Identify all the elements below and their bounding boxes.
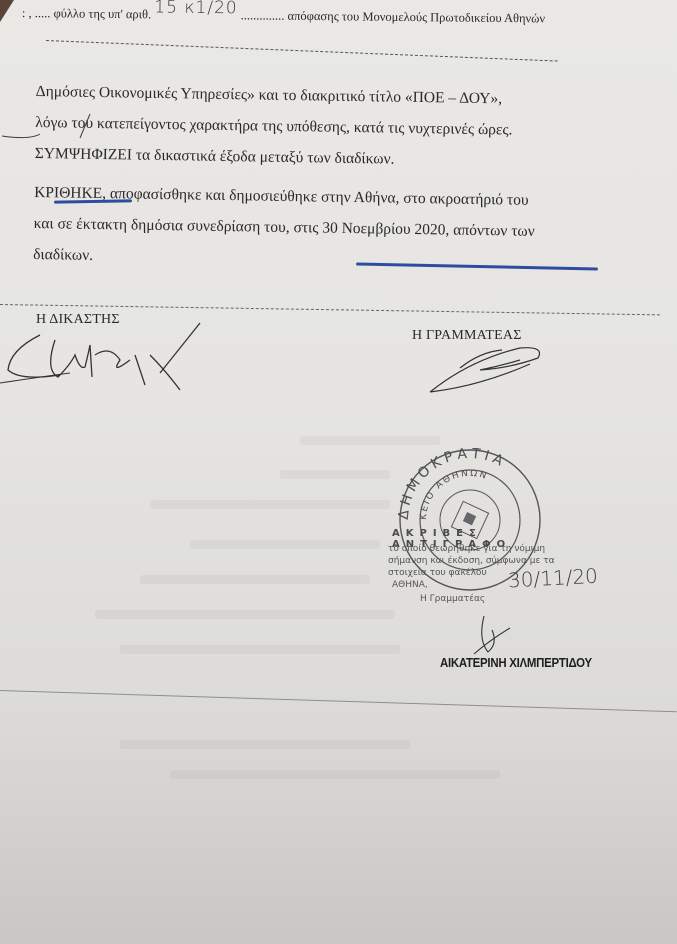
stamp-line: το οποίο θεωρήθηκε για τη νόμιμη <box>388 544 545 554</box>
show-through-text <box>95 610 395 619</box>
stamp-role: Η Γραμματέας <box>420 594 485 604</box>
show-through-text <box>280 470 390 479</box>
stamp-clerk-signature <box>470 610 530 660</box>
page-fold-line <box>0 690 677 712</box>
handwritten-decision-number: 15 κ1/20 <box>154 0 238 18</box>
decision-body: Δημόσιες Οικονομικές Υπηρεσίες» και το δ… <box>33 76 576 278</box>
pen-margin-mark <box>0 110 110 150</box>
document-page: : , ..... φύλλο της υπ' αριθ. 15 κ1/20 .… <box>0 0 677 944</box>
show-through-text <box>120 740 410 749</box>
stamp-line: στοιχεία του φακέλου <box>388 568 487 578</box>
show-through-text <box>190 540 380 549</box>
show-through-text <box>150 500 390 509</box>
header-divider <box>46 40 558 62</box>
clerk-name: ΑΙΚΑΤΕΡΙΝΗ ΧΙΛΜΠΕΡΤΙΔΟΥ <box>440 655 592 670</box>
header-suffix: απόφασης του Μονομελούς Πρωτοδικείου Αθη… <box>288 9 546 26</box>
page-header: : , ..... φύλλο της υπ' αριθ. 15 κ1/20 .… <box>22 2 545 27</box>
stamp-line: σήμανση και έκδοση, σύμφωνα με τα <box>388 556 555 566</box>
header-dots: .............. <box>241 8 285 22</box>
judge-signature <box>0 315 220 405</box>
header-prefix: : , ..... φύλλο της υπ' αριθ. <box>22 6 151 21</box>
stamp-handwritten-date: 30/11/20 <box>507 564 598 593</box>
show-through-text <box>170 770 500 779</box>
show-through-text <box>120 645 400 654</box>
svg-text:ΔΗΜΟΚΡΑΤΙΑ: ΔΗΜΟΚΡΑΤΙΑ <box>398 448 509 520</box>
court-stamp: ΔΗΜΟΚΡΑΤΙΑ ΚΕΙΟ ΑΘΗΝΩΝ ΑΚΡΙΒΕΣ ΑΝΤΙΓΡΑΦΟ… <box>398 448 578 618</box>
show-through-text <box>300 436 440 445</box>
stamp-outer-text: ΔΗΜΟΚΡΑΤΙΑ <box>398 448 509 520</box>
table-corner <box>0 0 14 22</box>
show-through-text <box>140 575 370 584</box>
clerk-signature <box>420 340 550 400</box>
stamp-line: ΑΘΗΝΑ, <box>392 580 428 590</box>
